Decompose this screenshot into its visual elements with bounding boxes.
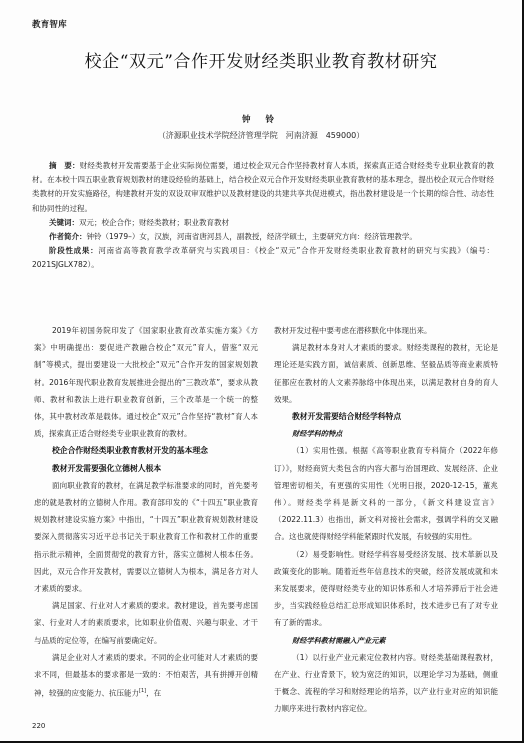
paragraph: （1）实用性强。根据《高等职业教育专科简介（2022年修订）》，财经商贸大类包含… (274, 442, 498, 545)
keywords: 关键词：双元；校企合作；财经类教材；职业教育教材 (32, 216, 494, 230)
abstract-label: 摘 要： (49, 161, 80, 170)
funding: 阶段性成果：河南省高等教育教学改革研究与实践项目：《校企“双元”合作开发财经类职… (32, 244, 494, 272)
keywords-text: 双元；校企合作；财经类教材；职业教育教材 (79, 218, 229, 227)
paragraph: （2）易受影响性。财经学科容易受经济发展、技术革新以及政策变化的影响。随着近些年… (274, 546, 498, 632)
abstract-text: 财经类教材开发需要基于企业实际岗位需要，通过校企双元合作坚持教材育人本质，探索真… (32, 161, 494, 213)
paragraph: 面向职业教育的教材，在满足教学标准要求的同时，首先要考虑的就是教材的立德树人作用… (34, 477, 258, 597)
author-affiliation: （济源职业技术学院经济管理学院 河南济源 459000） (0, 130, 522, 141)
minor-heading: 财经学科的特点 (274, 425, 498, 442)
abstract-block: 摘 要：财经类教材开发需要基于企业实际岗位需要，通过校企双元合作坚持教材育人本质… (32, 159, 494, 273)
author-bio-label: 作者简介： (49, 232, 87, 241)
article-title: 校企“双元”合作开发财经类职业教育教材研究 (0, 47, 522, 72)
funding-label: 阶段性成果： (49, 246, 98, 255)
body-column-left: 2019年初国务院印发了《国家职业教育改革实施方案》《方案》中明确提出：要促进产… (34, 322, 258, 702)
page-number: 220 (32, 722, 45, 730)
paragraph: （1）以行业产业元素定位教材内容。财经类基础课程教材，在产业、行业背景下，较为宽… (274, 649, 498, 718)
author-bio-text: 钟铃（1979–）女，汉族，河南省唐河县人，副教授，经济学硕士，主要研究方向：经… (87, 232, 417, 241)
section-tag: 教育智库 (32, 18, 67, 30)
minor-heading: 财经学科教材需融入产业元素 (274, 632, 498, 649)
paragraph: 2019年初国务院印发了《国家职业教育改革实施方案》《方案》中明确提出：要促进产… (34, 322, 258, 442)
keywords-label: 关键词： (49, 218, 79, 227)
body-column-right: 教材开发过程中要考虑在潜移默化中体现出来。 满足教材本身对人才素质的要求。财经类… (274, 322, 498, 718)
abstract: 摘 要：财经类教材开发需要基于企业实际岗位需要，通过校企双元合作坚持教材育人本质… (32, 159, 494, 216)
author-name: 钟 铃 (0, 113, 522, 125)
paragraph: 满足企业对人才素质的要求。不同的企业可能对人才素质的要求不同，但最基本的要求都是… (34, 649, 258, 702)
paragraph: 满足国家、行业对人才素质的要求。教材建设，首先要考虑国家、行业对人才的素质要求，… (34, 597, 258, 649)
paragraph-tail: ，在 (146, 689, 161, 698)
journal-page: 教育智库 校企“双元”合作开发财经类职业教育教材研究 钟 铃 （济源职业技术学院… (0, 0, 524, 743)
funding-text: 河南省高等教育教学改革研究与实践项目：《校企“双元”合作开发财经类职业教育教材的… (32, 246, 494, 269)
subsection-heading: 教材开发需要强化立德树人根本 (34, 460, 258, 477)
section-heading: 校企合作财经类职业教育教材开发的基本理念 (34, 442, 258, 459)
paragraph: 满足教材本身对人才素质的要求。财经类课程的教材，无论是理论还是实践方面，诚信素质… (274, 339, 498, 408)
paragraph: 教材开发过程中要考虑在潜移默化中体现出来。 (274, 322, 498, 339)
author-bio: 作者简介：钟铃（1979–）女，汉族，河南省唐河县人，副教授，经济学硕士，主要研… (32, 230, 494, 244)
subsection-heading: 教材开发需要结合财经学科特点 (274, 408, 498, 425)
